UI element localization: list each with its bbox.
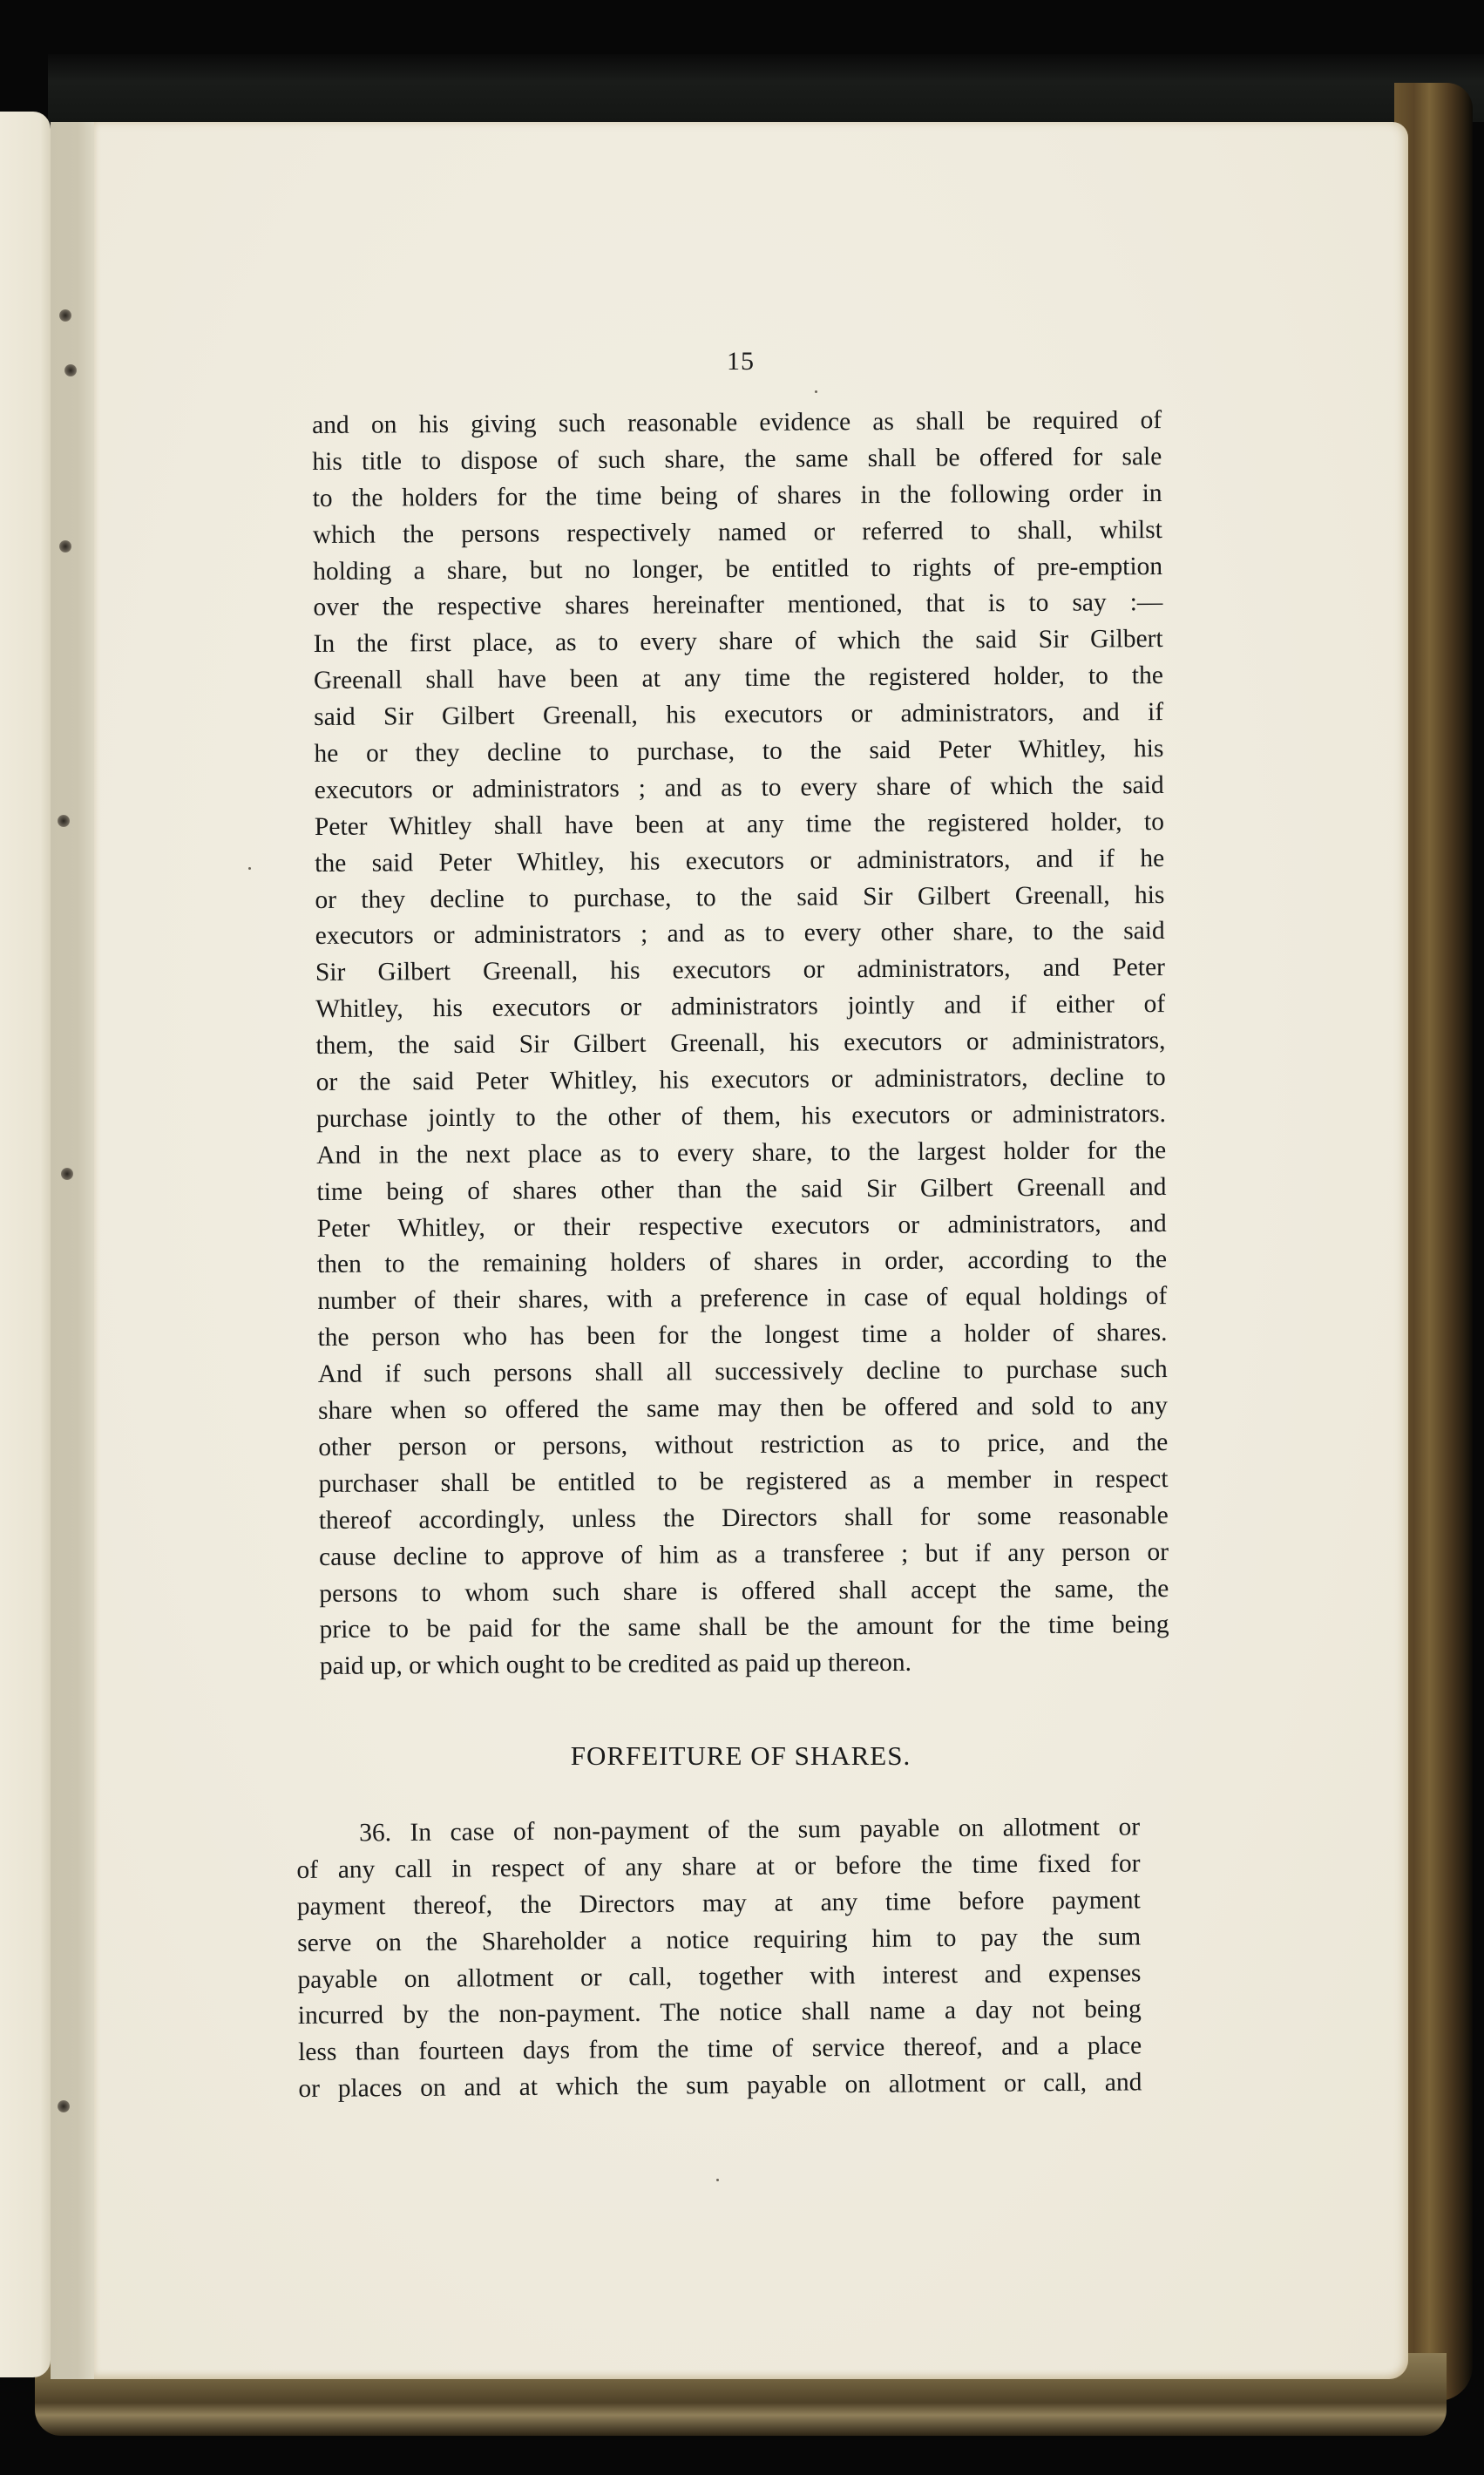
text-line: Sir Gilbert Greenall, his executors or a… [315, 950, 1165, 992]
text-line: cause decline to approve of him as a tra… [319, 1535, 1169, 1577]
text-line: other person or persons, without restric… [318, 1425, 1168, 1467]
previous-page-edge [0, 112, 51, 2377]
text-line: over the respective shares hereinafter m… [313, 585, 1162, 627]
text-line: thereof accordingly, unless the Director… [319, 1498, 1169, 1540]
text-line: payment thereof, the Directors may at an… [297, 1882, 1141, 1925]
text-line: purchase jointly to the other of them, h… [316, 1096, 1166, 1138]
text-line: the said Peter Whitley, his executors or… [315, 841, 1164, 883]
text-line: time being of shares other than the said… [316, 1170, 1166, 1211]
page-number: 15 [0, 347, 1481, 376]
text-line: Whitley, his executors or administrators… [315, 987, 1165, 1028]
text-line: executors or administrators ; and as to … [315, 768, 1164, 810]
text-line: 36. In case of non-payment of the sum pa… [296, 1809, 1140, 1852]
text-line: serve on the Shareholder a notice requir… [297, 1919, 1141, 1962]
text-line: And if such persons shall all successive… [318, 1352, 1168, 1393]
text-line: Greenall shall have been at any time the… [314, 658, 1163, 700]
text-line: executors or administrators ; and as to … [315, 914, 1165, 956]
binding-hole [59, 309, 71, 322]
text-line: which the persons respectively named or … [313, 512, 1162, 554]
binding-hole [59, 540, 71, 553]
text-line: Peter Whitley shall have been at any tim… [315, 804, 1164, 846]
paragraph-pre-emption-rights: and on his giving such reasonable eviden… [312, 403, 1169, 1685]
section-heading-forfeiture: FORFEITURE OF SHARES. [0, 1740, 1481, 1772]
text-line: the person who has been for the longest … [317, 1315, 1167, 1357]
text-line: In the first place, as to every share of… [314, 621, 1163, 663]
text-line: paid up, or which ought to be credited a… [320, 1644, 1169, 1685]
text-line: then to the remaining holders of shares … [317, 1243, 1167, 1285]
text-line: number of their shares, with a preferenc… [317, 1278, 1167, 1320]
text-line: said Sir Gilbert Greenall, his executors… [314, 695, 1163, 736]
paragraph-36-forfeiture: 36. In case of non-payment of the sum pa… [296, 1809, 1142, 2108]
text-line: or they decline to purchase, to the said… [315, 878, 1164, 919]
book-cover-top [48, 54, 1484, 122]
binding-hole [58, 815, 70, 827]
page-gutter-shadow [51, 122, 96, 2379]
paper-speck [716, 2179, 719, 2181]
text-line: of any call in respect of any share at o… [296, 1846, 1140, 1888]
paper-speck [248, 867, 251, 870]
text-line: share when so offered the same may then … [318, 1388, 1168, 1430]
text-line: or the said Peter Whitley, his executors… [316, 1060, 1166, 1102]
text-line: Peter Whitley, or their respective execu… [317, 1206, 1167, 1248]
text-line: persons to whom such share is offered sh… [319, 1571, 1169, 1613]
text-line: purchaser shall be entitled to be regist… [318, 1461, 1168, 1503]
paper-speck [815, 390, 817, 393]
text-line: And in the next place as to every share,… [316, 1133, 1166, 1175]
text-line: and on his giving such reasonable eviden… [312, 403, 1162, 444]
text-line: to the holders for the time being of sha… [313, 476, 1162, 518]
text-line: price to be paid for the same shall be t… [319, 1607, 1169, 1649]
text-line: his title to dispose of such share, the … [312, 439, 1162, 481]
text-line: them, the said Sir Gilbert Greenall, his… [315, 1023, 1165, 1065]
text-line: holding a share, but no longer, be entit… [313, 549, 1162, 591]
text-line: or places on and at which the sum payabl… [298, 2065, 1142, 2108]
binding-hole [61, 1168, 73, 1180]
text-line: he or they decline to purchase, to the s… [314, 731, 1163, 773]
binding-hole [58, 2100, 70, 2112]
